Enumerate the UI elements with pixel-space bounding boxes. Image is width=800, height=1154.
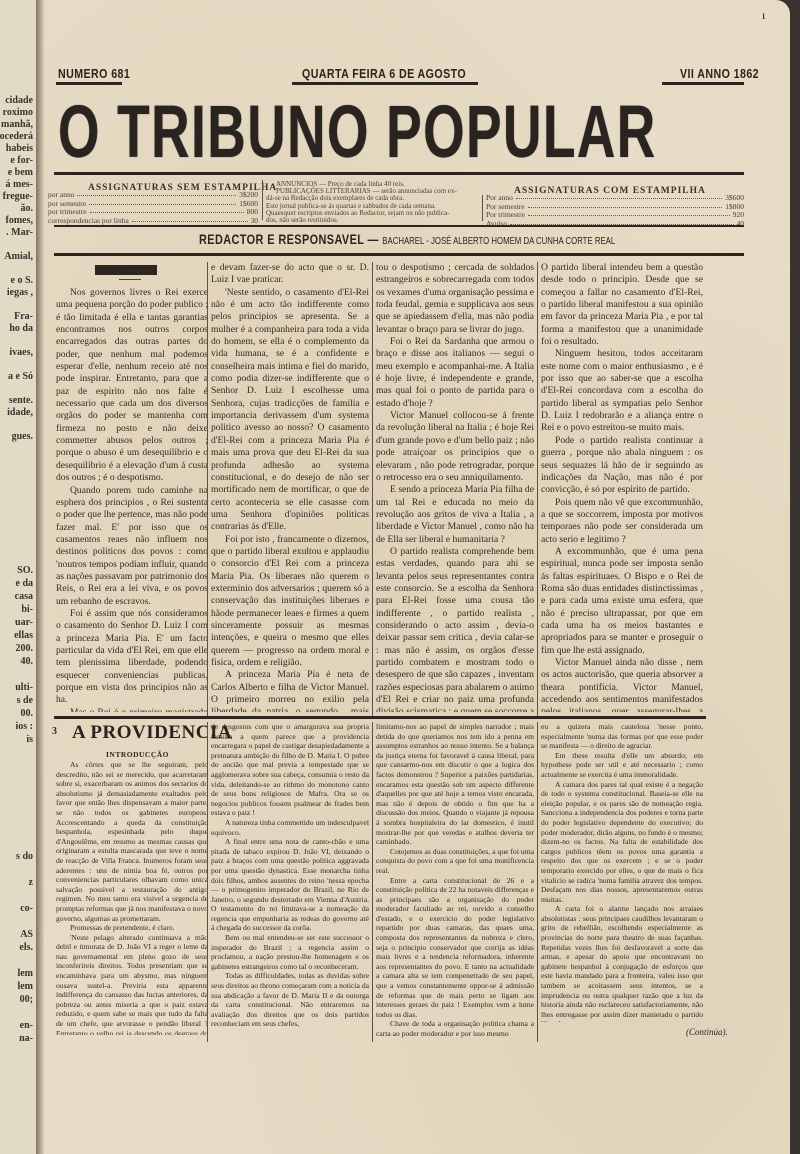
editor-label: REDACTOR E RESPONSAVEL — [199,231,379,247]
column-separator [537,722,538,1042]
feuilleton-column-2: de desgostos com que o amargurava sua pr… [211,722,369,1040]
prev-page-text: fregue- [3,191,33,202]
subscription-price: 30 [251,216,259,225]
prev-page-text: Amial, [4,251,33,262]
prev-page-text: . Mar- [6,227,33,238]
section-heading: COIMBRA [56,265,196,272]
paragraph: A final entre uma nota de canto-chão e u… [211,837,369,933]
prev-page-text: na- [19,1033,33,1044]
prev-page-text: uar- [15,617,33,628]
paragraph: A excommunhão, que é uma pena espiritual… [541,546,703,657]
prev-page-text: SO. [17,565,33,576]
editor-line: REDACTOR E RESPONSAVEL — BACHAREL - JOSÉ… [199,231,615,247]
subscription-label: correspondencias por linha [48,216,129,225]
issue-year: VII ANNO 1862 [680,66,759,81]
column-separator [207,262,208,717]
prev-page-text: en- [20,1020,33,1031]
prev-page-text: e bem [8,167,33,178]
prev-page-text: habeis [6,143,33,154]
paragraph: Chave de toda a organisação politica cha… [376,1019,534,1038]
prev-page-text: 200. [16,643,34,654]
paragraph: Foi o Rei da Sardanha que armou o braço … [376,336,534,410]
paragraph: Cotejemos as duas constituições, a que f… [376,847,534,876]
rule [662,82,744,85]
prev-page-text: á mes- [6,179,34,190]
column-separator [372,722,373,1042]
prev-page-text: idade, [7,407,33,418]
paragraph: Mas o Rei é o primeiro magistrado da naç… [56,707,208,712]
lead-article-column-4: O partido liberal intendeu bem a questão… [541,262,703,712]
feuilleton-column-1: As côrtes que se lhe seguiram, pelo desc… [56,760,208,1035]
prev-page-text: els. [19,942,33,953]
paragraph: Entre a carta constitucional de 26 e a c… [376,876,534,1020]
lead-article-column-2: e devam fazer-se do acto que o sr. D. Lu… [211,262,369,712]
rule [54,225,744,227]
editor-name: BACHAREL - JOSÉ ALBERTO HOMEM DA CUNHA C… [382,236,615,247]
prev-page-text: ulti- [15,682,33,693]
prev-page-text: AS [20,929,33,940]
dot-leader [77,190,236,196]
paragraph: E sendo a princeza Maria Pia filha de um… [376,484,534,546]
dot-leader [89,199,236,205]
dot-leader [528,210,730,216]
paragraph: Foi é assim que nós consideramos o casam… [56,608,208,707]
paragraph: limitamo-nos ao papel de simples narrado… [376,722,534,847]
announcement-line: dos, não serão restituidos. [266,216,339,224]
feuilleton-subtitle: INTRODUCÇÃO [106,750,169,759]
paragraph: Promessas de pretendente, é claro. [56,923,208,933]
prev-page-text: Fra- [14,311,33,322]
paragraph: eu a quizera mais cautelosa 'nesse ponto… [541,722,703,751]
dot-leader [516,193,722,199]
paragraph: As côrtes que se lhe seguiram, pelo desc… [56,760,208,923]
paragraph: A princeza Maria Pia é neta de Carlos Al… [211,669,369,712]
dot-leader [132,216,248,222]
paragraph: Bem ou mal entendeu-se ser este successo… [211,933,369,971]
prev-page-text: manhã, [1,119,33,130]
paragraph: O partido realista comprehende bem estas… [376,546,534,712]
prev-page-text: bi- [21,604,33,615]
prev-page-text: ocederá [0,131,33,142]
prev-page-text: co- [20,903,33,914]
column-separator [372,262,373,717]
paragraph: Pode o partido realista continuar a guer… [541,435,703,497]
prev-page-text: ios : [16,721,34,732]
rule [54,253,744,256]
prev-page-text: a e Só [8,371,33,382]
prev-page-text: 00; [20,994,33,1005]
paragraph: A natureza tinha commettido um indesculp… [211,818,369,837]
prev-page-text: e da [16,578,34,589]
prev-page-text: ellas [14,630,33,641]
prev-page-text: e for- [10,155,33,166]
column-separator [262,180,263,220]
ornament-dash [119,279,141,280]
paragraph: tou o despotismo ; cercada de soldados e… [376,262,534,336]
ink-mark: ı [762,8,765,23]
paragraph: Ninguem hesitou, todos acceitaram este n… [541,348,703,434]
lead-article-column-3: tou o despotismo ; cercada de soldados e… [376,262,534,712]
paragraph: de desgostos com que o amargurava sua pr… [211,722,369,818]
prev-page-text: ão. [21,203,34,214]
paragraph: A camara dos pares tal qual existe é a n… [541,780,703,905]
prev-page-text: cidade [5,95,33,106]
dot-leader [90,207,244,213]
paragraph: 'Neste sentido, o casamento d'El-Rei não… [211,287,369,534]
rule [56,82,122,85]
prev-page-text: is [26,734,33,745]
feuilleton-column-3: limitamo-nos ao papel de simples narrado… [376,722,534,1040]
paragraph: Todas as difficuldades, todas as duvidas… [211,971,369,1029]
column-separator [537,262,538,717]
book-gutter [36,0,44,1154]
feuilleton-title: A PROVIDENCIA [72,722,232,744]
prev-page-text: sente. [9,395,33,406]
paragraph: Pois quem não vê que excommunhão, a que … [541,497,703,546]
paragraph: Em these resulta d'elle um absurdo; em h… [541,751,703,780]
prev-page-text: gues. [12,431,33,442]
prev-page-text: ho da [9,323,33,334]
issue-date: QUARTA FEIRA 6 DE AGOSTO [302,66,466,81]
prev-page-text: lem [17,981,33,992]
prev-page-text: z [29,877,33,888]
issue-number: NUMERO 681 [58,66,130,81]
prev-page-text: fomes, [6,215,34,226]
prev-page-text: s de [17,695,33,706]
prev-page-text: lem [17,968,33,979]
prev-page-text: 40. [21,656,34,667]
feuilleton-column-4: eu a quizera mais cautelosa 'nesse ponto… [541,722,703,1022]
column-separator [482,195,483,221]
subscription-row: correspondencias por linha30 [48,216,258,225]
previous-page-edge: cidaderoximomanhã,ocederáhabeise for-e b… [0,0,38,1154]
paragraph: Victor Manuel collocou-se á frente da re… [376,410,534,484]
prev-page-text: 00. [21,708,34,719]
lead-article-column-1: Nos governos livres o Rei exerce uma peq… [56,287,208,712]
paragraph: A carta foi o alarme lançado nos arraiae… [541,904,703,1022]
feuilleton-number: 3 [52,726,57,737]
rule [292,82,478,85]
prev-page-text: casa [15,591,33,602]
prev-page-text: roximo [3,107,33,118]
paragraph: Victor Manuel ainda não disse , nem os a… [541,657,703,712]
dot-leader [510,219,733,225]
paragraph: e devam fazer-se do acto que o sr. D. Lu… [211,262,369,287]
paragraph: Nos governos livres o Rei exerce uma peq… [56,287,208,485]
continued-note: (Continúa). [686,1027,728,1037]
prev-page-text: e o S. [11,275,34,286]
newspaper-page: ı NUMERO 681 QUARTA FEIRA 6 DE AGOSTO VI… [44,0,790,1154]
title-rule [54,172,744,175]
newspaper-title: O TRIBUNO POPULAR [58,96,556,168]
dot-leader [528,202,723,208]
prev-page-text: iegas , [7,287,33,298]
feuilleton-rule [54,716,706,719]
column-separator [207,722,208,1042]
prev-page-text: s do [16,851,33,862]
paragraph: O partido liberal intendeu bem a questão… [541,262,703,348]
prev-page-text: ivaes, [9,347,33,358]
paragraph: Quando porem tudo caminhe na esphera dos… [56,485,208,608]
paragraph: 'Neste pelago alterado continuava a mão … [56,933,208,1035]
paragraph: Foi por isto , francamente o dizemos, qu… [211,534,369,670]
